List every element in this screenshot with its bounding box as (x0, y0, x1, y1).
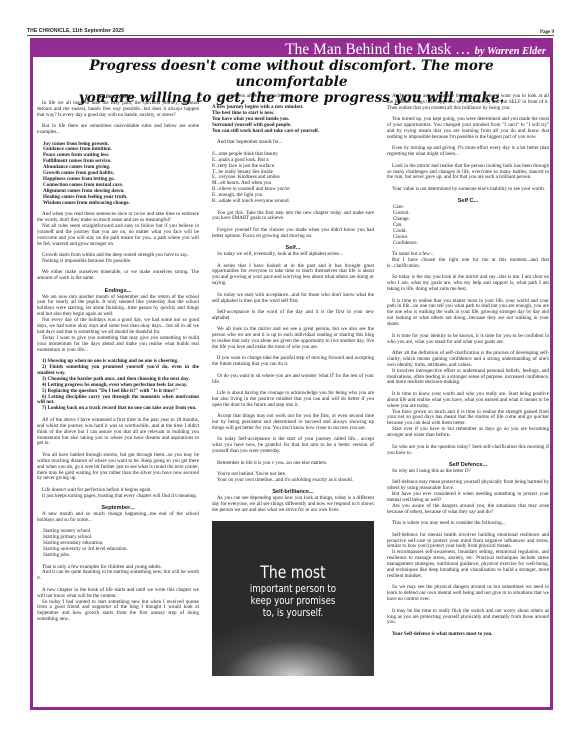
paragraph: After all the definition of self-clarifi… (387, 351, 549, 369)
paragraph: It may be the time to really flick the s… (387, 609, 549, 627)
paragraph: So today is the day you look in the mirr… (387, 275, 549, 293)
paragraph: You all have battled through storms, but… (37, 453, 199, 483)
paragraph: You got this. Take the first step into t… (212, 211, 374, 223)
starting-list: Starting nursery school. Starting primar… (37, 529, 199, 559)
paragraph: Or do you want to sit where you are and … (212, 374, 374, 386)
poster-line-4: to, is yourself. (227, 607, 360, 619)
paragraph: In life we all hope to take the easy pat… (37, 101, 199, 119)
paragraph: A series that I have looked at in the pa… (212, 264, 374, 288)
paragraph: You have grown so much and it is time to… (387, 410, 549, 428)
poster-text: important person to keep your promises t… (227, 583, 360, 619)
paragraph: We all look in the mirror and we see a g… (212, 327, 374, 351)
paragraph: So who are you is the question today? Se… (387, 445, 549, 457)
paragraph: But in life there are sometimes unavoida… (37, 124, 199, 136)
masthead: THE CHRONICLE, 11th September 2025 Page … (27, 28, 554, 38)
paragraph: But I have chosen the right one for me a… (387, 258, 549, 270)
paragraph: We are now into another month of Septemb… (37, 295, 199, 319)
paragraph: So today Self-acceptance is the start of… (212, 437, 374, 455)
paragraph: We either make ourselves miserable, or w… (37, 270, 199, 282)
paragraph: Forgive yourself for the choices you mad… (212, 228, 374, 240)
section-heading-self-c: Self C... (387, 198, 549, 205)
paragraph: Self-defence for mental health involves … (387, 533, 549, 551)
newspaper-dateline: THE CHRONICLE, 11th September 2025 (27, 28, 124, 34)
quote-poster-image: The most important person to keep your p… (212, 521, 374, 676)
paragraph: You turned up, you kept going, you were … (387, 117, 549, 141)
paragraph: Accept that things may not work out for … (212, 414, 374, 432)
header-rule (27, 35, 554, 36)
article-frame: The Man Behind the Mask … by Warren Elde… (30, 38, 553, 710)
paragraph: Start over if you have to but remember a… (387, 427, 549, 439)
list-item: 7) Looking back on a track record that n… (37, 406, 199, 412)
paragraph: It involves introspective effort to unde… (387, 369, 549, 387)
c-words-list: Care. Control. Change. Can. Could. Choic… (387, 205, 549, 246)
paragraph: Self-acceptance is the word of the day a… (212, 310, 374, 322)
paragraph: It just keeps turning pages, trusting th… (37, 494, 199, 500)
paragraph: Are you aware of the dangers around you,… (387, 504, 549, 516)
paragraph: Not all rules seem straightforward and e… (37, 224, 199, 248)
poster-line-2: important person to (227, 583, 360, 595)
closing-line: Your Self-defence is what matters most t… (387, 632, 549, 638)
column-1: Rules of life... In life we all hope to … (37, 94, 199, 623)
headline-line-1: Progress doesn't come without discomfort… (33, 58, 550, 90)
paragraph: It is time to know your worth and who yo… (387, 392, 549, 410)
paragraph: So today we start with acceptance...and … (212, 293, 374, 305)
column-3: And so today, as we continue the alphabe… (387, 94, 549, 638)
paragraph: Your on your own timeline...and it's unf… (212, 478, 374, 484)
paragraph: It is time for your identity to be known… (387, 334, 549, 346)
paragraph: So we may see the physical dangers aroun… (387, 585, 549, 603)
paragraph: So today I had wanted to start something… (37, 600, 199, 624)
paragraph: A new month and so much change happening… (37, 512, 199, 524)
paragraph: All of the above I have witnessed a firs… (37, 418, 199, 448)
momentum-steps: 1) Showing up when no one is watching an… (37, 359, 199, 412)
paragraph: Life is about having the courage to ackn… (212, 391, 374, 409)
paragraph: It encompasses self-awareness, boundary … (387, 550, 549, 580)
byline: by Warren Elder (475, 46, 546, 57)
reminders-list: A new journey begins with a new mindset.… (212, 105, 374, 135)
paragraph: Today I want to give you something that … (37, 336, 199, 354)
paragraph: If you want to change take the painful s… (212, 356, 374, 368)
poster-line-3: keep your promises (227, 595, 360, 607)
column-titlebar: The Man Behind the Mask … by Warren Elde… (33, 41, 550, 57)
paragraph: Look in the mirror and realise that the … (387, 164, 549, 182)
column-2: So I want you all to be reminded that...… (212, 94, 374, 676)
september-acrostic: S...ome people think that beauty E...qua… (212, 152, 374, 205)
paragraph: And it can be quite daunting to be start… (37, 570, 199, 582)
rules-list: Joy comes from being present. Guidance c… (37, 142, 199, 207)
paragraph: Your value is not determined by someone … (387, 187, 549, 193)
poster-line-1: The most (227, 564, 360, 582)
paragraph: It is time to realise that you matter mo… (387, 299, 549, 329)
column-title: The Man Behind the Mask … (285, 41, 471, 58)
paragraph: A new chapter in the book of life starts… (37, 588, 199, 600)
paragraph: Even by turning up and giving 1% more ef… (387, 146, 549, 158)
paragraph: And so today, as we continue the alphabe… (387, 94, 549, 112)
paragraph: Not every day of the holidays was a good… (37, 318, 199, 336)
paragraph: As you can see depending upon how you lo… (212, 496, 374, 514)
